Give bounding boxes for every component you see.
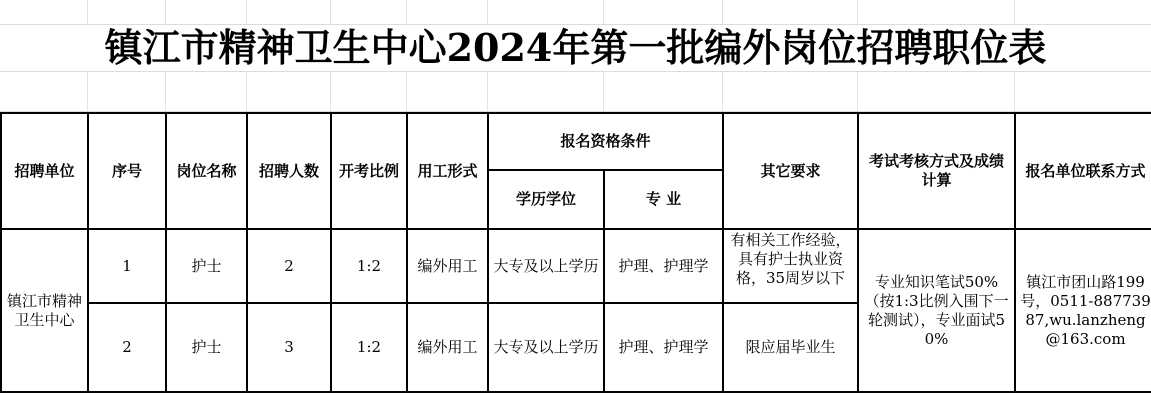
cell-count[interactable]: 3 [247,303,331,392]
header-major[interactable]: 专 业 [604,170,723,229]
grid-vline [330,0,331,24]
recruitment-table: 招聘单位 序号 岗位名称 招聘人数 开考比例 用工形式 报名资格条件 其它要求 … [0,112,1151,393]
cell-ratio[interactable]: 1:2 [331,229,407,303]
cell-major[interactable]: 护理、护理学 [604,303,723,392]
header-contact[interactable]: 报名单位联系方式 [1015,113,1151,229]
header-other[interactable]: 其它要求 [723,113,858,229]
grid-vline [487,0,488,24]
header-exam[interactable]: 考试考核方式及成绩计算 [858,113,1015,229]
header-seq[interactable]: 序号 [88,113,166,229]
spreadsheet-canvas: 镇江市精神卫生中心2024年第一批编外岗位招聘职位表 招聘单位 序号 岗位名称 … [0,0,1151,396]
grid-vline [406,0,407,24]
cell-exam[interactable]: 专业知识笔试50%（按1:3比例入围下一轮测试），专业面试50% [858,229,1015,392]
grid-vline [165,72,166,111]
grid-vline [246,72,247,111]
header-unit[interactable]: 招聘单位 [1,113,88,229]
cell-work-type[interactable]: 编外用工 [407,229,488,303]
grid-vline [857,0,858,24]
grid-vline [330,72,331,111]
table-row: 镇江市精神卫生中心 1 护士 2 1:2 编外用工 大专及以上学历 护理、护理学… [1,229,1151,303]
header-count[interactable]: 招聘人数 [247,113,331,229]
grid-vline [406,72,407,111]
header-education[interactable]: 学历学位 [488,170,604,229]
cell-unit[interactable]: 镇江市精神卫生中心 [1,229,88,392]
grid-vline [603,0,604,24]
grid-vline [1014,0,1015,24]
grid-vline [603,72,604,111]
cell-post[interactable]: 护士 [166,303,247,392]
grid-vline [87,0,88,24]
grid-vline [165,0,166,24]
grid-vline [857,72,858,111]
grid-vline [722,0,723,24]
grid-vline [722,72,723,111]
cell-seq[interactable]: 1 [88,229,166,303]
cell-contact[interactable]: 镇江市团山路199号，0511-88773987,wu.lanzheng@163… [1015,229,1151,392]
cell-count[interactable]: 2 [247,229,331,303]
header-work-type[interactable]: 用工形式 [407,113,488,229]
grid-vline [1014,72,1015,111]
cell-other[interactable]: 有相关工作经验，具有护士执业资格，35周岁以下 [723,229,858,303]
cell-work-type[interactable]: 编外用工 [407,303,488,392]
header-ratio[interactable]: 开考比例 [331,113,407,229]
background-grid-middle [0,71,1151,112]
background-grid-top [0,0,1151,25]
cell-other[interactable]: 限应届毕业生 [723,303,858,392]
cell-other-text: 有相关工作经验，具有护士执业资格，35周岁以下 [727,231,854,288]
cell-education[interactable]: 大专及以上学历 [488,229,604,303]
grid-vline [246,0,247,24]
header-post[interactable]: 岗位名称 [166,113,247,229]
cell-post[interactable]: 护士 [166,229,247,303]
grid-vline [87,72,88,111]
grid-vline [487,72,488,111]
header-qualification[interactable]: 报名资格条件 [488,113,723,170]
cell-education[interactable]: 大专及以上学历 [488,303,604,392]
cell-ratio[interactable]: 1:2 [331,303,407,392]
cell-major[interactable]: 护理、护理学 [604,229,723,303]
page-title: 镇江市精神卫生中心2024年第一批编外岗位招聘职位表 [0,24,1151,71]
cell-seq[interactable]: 2 [88,303,166,392]
